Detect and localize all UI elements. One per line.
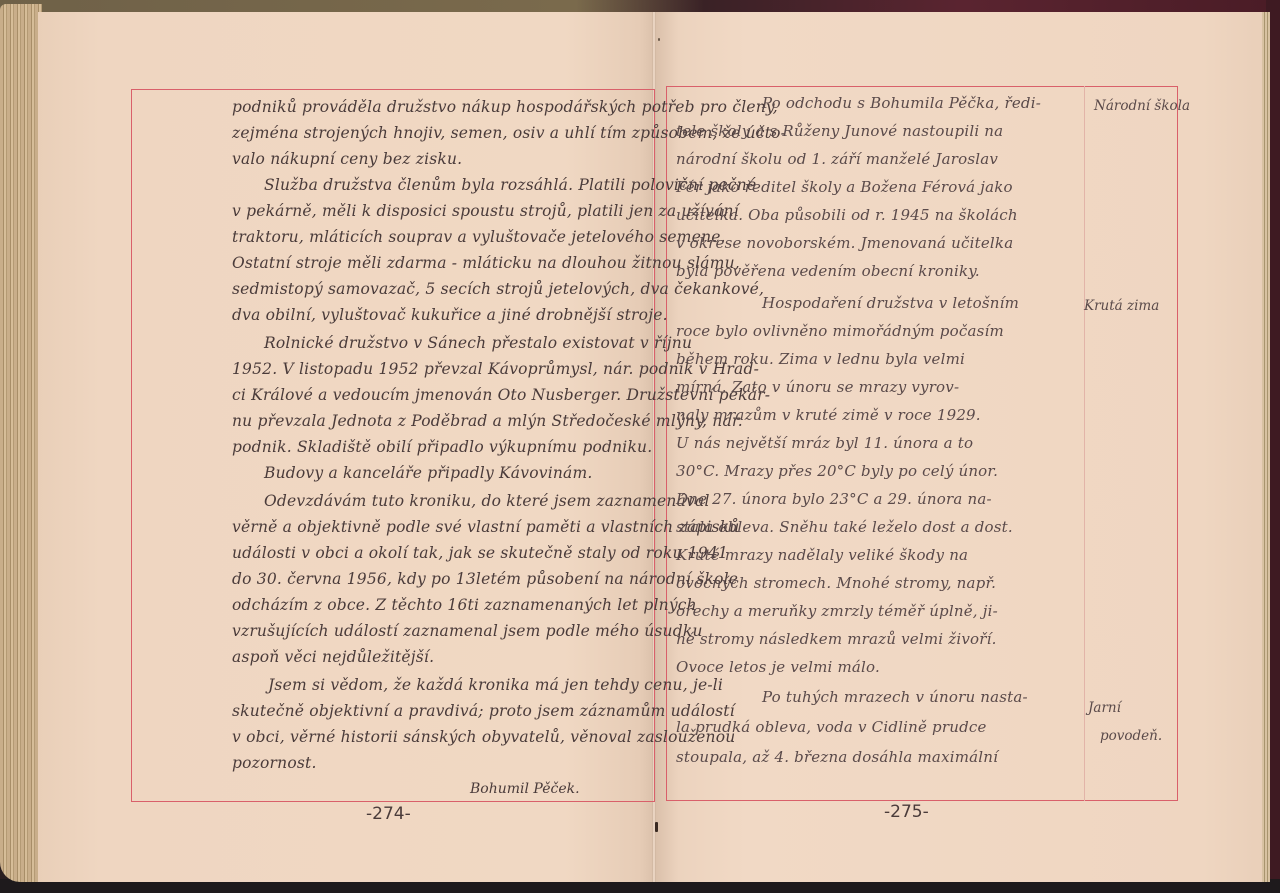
author-signature: Bohumil Pěček. xyxy=(470,781,580,797)
text-line: Odevzdávám tuto kroniku, do které jsem z… xyxy=(264,492,710,510)
text-line: Ostatní stroje měli zdarma - mláticku na… xyxy=(232,254,740,272)
text-line: sedmistopý samovazač, 5 secích strojů je… xyxy=(232,280,764,298)
binding-mark xyxy=(658,38,660,41)
page-number-right: -275- xyxy=(884,802,929,822)
text-line: la prudká obleva, voda v Cidlině prudce xyxy=(676,718,987,736)
text-line: vzrušujících událostí zaznamenal jsem po… xyxy=(232,622,703,640)
text-line: odcházím z obce. Z těchto 16ti zaznamena… xyxy=(232,596,697,614)
text-line: tele školy a s Růženy Junové nastoupili … xyxy=(676,122,1003,140)
text-line: stoupala, až 4. března dosáhla maximální xyxy=(676,748,998,766)
text-line: Dne 27. února bylo 23°C a 29. února na- xyxy=(676,490,992,508)
text-line: v obci, věrné historii sánských obyvatel… xyxy=(232,728,735,746)
text-line: byla pověřena vedením obecní kroniky. xyxy=(676,262,980,280)
text-line: stala obleva. Sněhu také leželo dost a d… xyxy=(676,518,1013,536)
text-line: podnik. Skladiště obilí připadlo výkupní… xyxy=(232,438,652,456)
text-line: do 30. června 1956, kdy po 13letém působ… xyxy=(232,570,738,588)
text-line: Budovy a kanceláře připadly Kávovinám. xyxy=(264,464,593,482)
page-number-left: -274- xyxy=(366,804,411,824)
book-spread: podniků prováděla družstvo nákup hospodá… xyxy=(0,0,1280,893)
text-line: ořechy a meruňky zmrzly téměř úplně, ji- xyxy=(676,602,998,620)
text-line: věrně a objektivně podle své vlastní pam… xyxy=(232,518,740,536)
text-line: Kruté mrazy nadělaly veliké škody na xyxy=(676,546,968,564)
margin-note-jarni: Jarní xyxy=(1088,700,1121,716)
margin-note-povoden: povodeň. xyxy=(1100,728,1162,744)
text-line: valo nákupní ceny bez zisku. xyxy=(232,150,462,168)
text-line: události v obci a okolí tak, jak se skut… xyxy=(232,544,728,562)
text-line: 30°C. Mrazy přes 20°C byly po celý únor. xyxy=(676,462,998,480)
text-line: U nás největší mráz byl 11. února a to xyxy=(676,434,973,452)
text-line: roce bylo ovlivněno mimořádným počasím xyxy=(676,322,1004,340)
text-line: podniků prováděla družstvo nákup hospodá… xyxy=(232,98,778,116)
text-line: učitelka. Oba působili od r. 1945 na ško… xyxy=(676,206,1018,224)
margin-note-kruta-zima: Krutá zima xyxy=(1084,298,1159,314)
text-line: skutečně objektivní a pravdivá; proto js… xyxy=(232,702,735,720)
text-line: naly mrazům v kruté zimě v roce 1929. xyxy=(676,406,981,424)
text-line: Hospodaření družstva v letošním xyxy=(762,294,1019,312)
text-line: národní školu od 1. září manželé Jarosla… xyxy=(676,150,998,168)
text-line: během roku. Zima v lednu byla velmi xyxy=(676,350,965,368)
text-line: Po tuhých mrazech v únoru nasta- xyxy=(762,688,1028,706)
text-line: ovocných stromech. Mnohé stromy, např. xyxy=(676,574,996,592)
text-line: Ovoce letos je velmi málo. xyxy=(676,658,880,676)
text-line: aspoň věci nejdůležitější. xyxy=(232,648,434,666)
text-line: mírná. Zato v únoru se mrazy vyrov- xyxy=(676,378,959,396)
binding-mark xyxy=(655,822,658,832)
margin-note-narodni-skola: Národní škola xyxy=(1094,98,1190,114)
text-line: nu převzala Jednota z Poděbrad a mlýn St… xyxy=(232,412,743,430)
text-line: Po odchodu s Bohumila Pěčka, ředi- xyxy=(762,94,1041,112)
text-line: dva obilní, vyluštovač kukuřice a jiné d… xyxy=(232,306,668,324)
text-line: traktoru, mláticích souprav a vyluštovač… xyxy=(232,228,726,246)
text-line: né stromy následkem mrazů velmi živoří. xyxy=(676,630,997,648)
text-line: v pekárně, měli k disposici spoustu stro… xyxy=(232,202,739,220)
text-line: pozornost. xyxy=(232,754,317,772)
page-stack-right-edge xyxy=(1262,12,1270,882)
text-line: v okrese novoborském. Jmenovaná učitelka xyxy=(676,234,1013,252)
text-line: Rolnické družstvo v Sánech přestalo exis… xyxy=(264,334,692,352)
right-page-margin-rule xyxy=(1084,86,1085,801)
page-stack-left-edge xyxy=(0,4,42,882)
text-line: Jsem si vědom, že každá kronika má jen t… xyxy=(268,676,723,694)
text-line: Fér jako ředitel školy a Božena Férová j… xyxy=(676,178,1013,196)
